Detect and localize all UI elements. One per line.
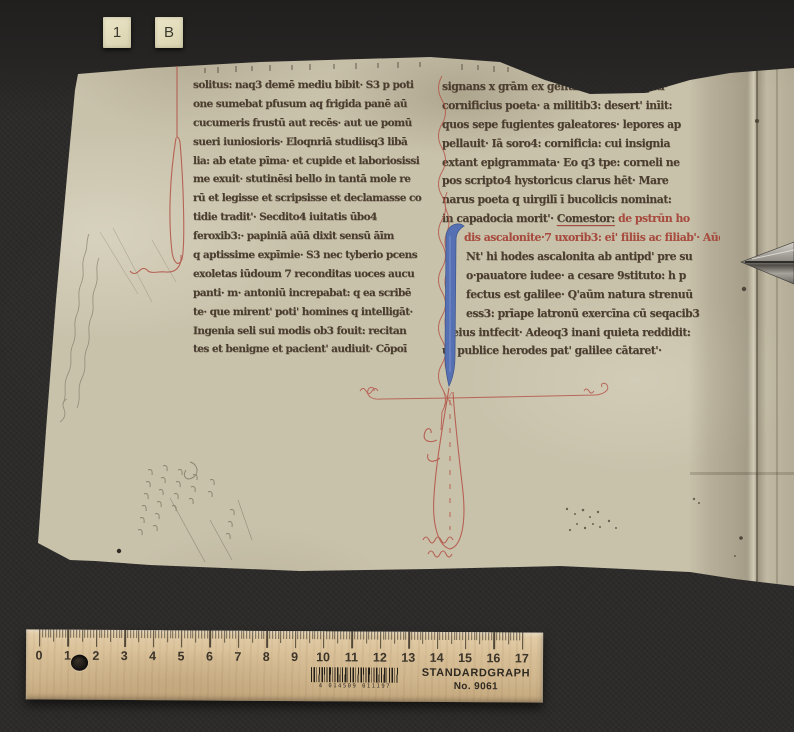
ruler-number: 13	[401, 651, 415, 665]
ruler-number: 17	[515, 651, 529, 665]
ruler-number: 4	[149, 649, 156, 663]
text-line: tes et benigne et pacient' audiuit· Cōpo…	[193, 340, 435, 359]
text-line: panti· m· antoniū increpabat: q ea scrib…	[193, 284, 435, 303]
ruler-number: 5	[178, 649, 185, 663]
ruler-number: 2	[92, 649, 99, 663]
text-line: eius intfecit· Adeoq3 inani quieta reddi…	[442, 324, 720, 343]
text-line: fectus est galilee· Q'aūm natura strenuū	[442, 286, 720, 305]
text-line: solitus: naq3 demē mediu bibit· S3 p pot…	[193, 76, 435, 95]
ruler-number: 16	[486, 651, 500, 665]
fold-crease-2	[776, 58, 778, 588]
barcode-bars	[311, 667, 399, 683]
text-line: o·pauatore iudee· a cesare 9stituto: h p	[442, 267, 720, 286]
text-line: tidie tradit'· Secdito4 iuitatis ūbo4	[193, 208, 435, 227]
text-line: quos sepe fugientes galeatores· lepores …	[442, 116, 720, 135]
ruler-number: 14	[430, 651, 444, 665]
ruler-ticks	[26, 629, 543, 632]
ruler-number: 10	[316, 650, 330, 664]
text-line: rū et legisse et scripsisse et declamass…	[193, 189, 435, 208]
fold-crease	[756, 58, 758, 588]
ruler-brand-name: STANDARDGRAPH	[406, 667, 546, 680]
text-line: pellauit· Iā soro4: cornificia: cui insi…	[442, 135, 720, 154]
text-line: one sumebat pfusum aq frigida panē aū	[193, 95, 435, 114]
text-line: pos scripto4 hystoricus clarus hēt· Mare	[442, 172, 720, 191]
text-column-right: signans x grām ex gentib3· Anno seqnti·c…	[442, 78, 720, 368]
ruler: 01234567891011121314151617 4 014509 0111…	[26, 629, 543, 702]
manuscript-photo: 1 B solitus: naq3 demē mediu bibit· S3 p…	[0, 0, 794, 732]
parchment-leaf: solitus: naq3 demē mediu bibit· S3 p pot…	[0, 0, 794, 732]
text-column-left: solitus: naq3 demē mediu bibit· S3 p pot…	[193, 76, 435, 366]
ruler-hole	[71, 655, 88, 671]
ruler-number: 6	[206, 650, 213, 664]
text-line: sueri iuniosioris· Eloqnriā studiisq3 li…	[193, 133, 435, 152]
text-line: cornificius poeta· a militib3: desert' i…	[442, 97, 720, 116]
ruler-number: 1	[64, 649, 71, 663]
sequence-label-tile: 1	[103, 17, 131, 48]
barcode-digits: 4 014509 011197	[311, 683, 399, 690]
text-line: signans x grām ex gentib3· Anno seqnti·	[442, 78, 720, 97]
text-line: lia: ab etate pīma· et cupide et laborio…	[193, 152, 435, 171]
ruler-number: 3	[121, 649, 128, 663]
letter-label-tile: B	[155, 17, 183, 48]
text-line: Ingenia seli sui modis ob3 fouit: recita…	[193, 322, 435, 341]
text-line: ut publice herodes pat' galilee cātaret'…	[442, 342, 720, 361]
text-line: cucumeris frustū aut recēs· aut ue pomū	[193, 114, 435, 133]
text-line: narus poeta q uirgilī ī bucolicis nomina…	[442, 191, 720, 210]
ruler-number: 9	[291, 650, 298, 664]
text-line: me exuit· stutinēsi bello in tantā mole …	[193, 170, 435, 189]
ruler-number: 7	[234, 650, 241, 664]
text-line: q aptissime expīmie· S3 nec tyberio pcen…	[193, 246, 435, 265]
ruler-number: 15	[458, 651, 472, 665]
ruler-model-number: No. 9061	[406, 681, 546, 693]
ruler-brand: STANDARDGRAPH No. 9061	[406, 667, 546, 693]
ruler-number: 0	[36, 648, 43, 662]
text-line: extant epigrammata· Eo q3 tpe: corneli n…	[442, 154, 720, 173]
ruler-number: 11	[345, 650, 358, 664]
text-line: dis ascalonite·7 uxorib3: ei' filiis ac …	[442, 229, 720, 248]
ruler-number: 12	[373, 651, 387, 665]
text-line: ess3: prīape latronū exercīna cū seqacib…	[442, 305, 720, 324]
text-line: feroxib3:· papiniā aūā dixit sensū āīm	[193, 227, 435, 246]
text-line: in capadocia morit'· Comestor: de pstrūn…	[442, 210, 720, 229]
barcode: 4 014509 011197	[311, 667, 399, 690]
horizontal-crease	[690, 472, 794, 475]
text-line: Nt' hi hodes ascalonita ab antipd' pre s…	[442, 248, 720, 267]
text-line: exoletas iūdoum 7 reconditas uoces aucu	[193, 265, 435, 284]
text-line: te· que mirent' poti' homines q intellig…	[193, 303, 435, 322]
ruler-number: 8	[263, 650, 270, 664]
